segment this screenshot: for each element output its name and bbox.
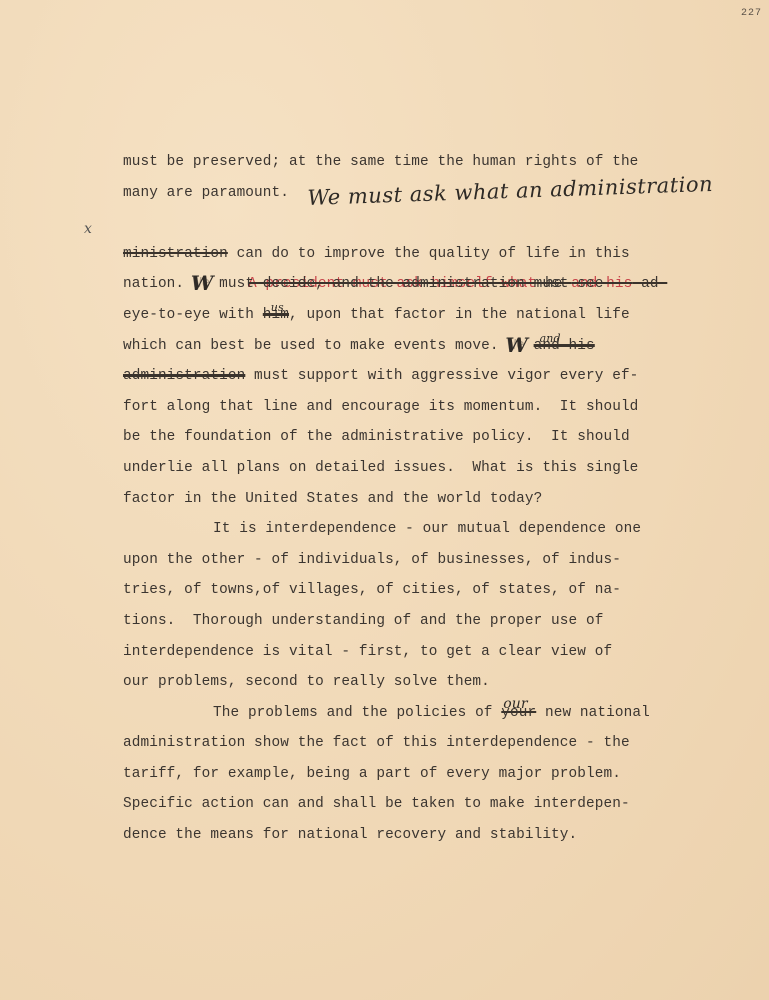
text-line-edited: administration must support with aggress…: [123, 361, 683, 392]
margin-x-mark: x: [84, 221, 92, 237]
text-line: factor in the United States and the worl…: [123, 484, 683, 515]
text-line: dence the means for national recovery an…: [123, 820, 683, 851]
text-span: new national: [536, 705, 650, 721]
text-span: nation.: [123, 276, 193, 292]
text-line: interdependence is vital - first, to get…: [123, 637, 683, 668]
text-line: be the foundation of the administrative …: [123, 422, 683, 453]
text-line: tries, of towns,of villages, of cities, …: [123, 575, 683, 606]
overwritten-text: We: [507, 338, 524, 354]
struck-text: administration: [123, 368, 245, 384]
text-line: tariff, for example, being a part of eve…: [123, 759, 683, 790]
text-line: underlie all plans on detailed issues. W…: [123, 453, 683, 484]
text-line-edited: We must ask what an administration A pre…: [123, 208, 683, 239]
text-line: Specific action can and shall be taken t…: [123, 789, 683, 820]
text-line-edited: The problems and the policies of ouryour…: [123, 698, 683, 729]
page-number: 227: [741, 8, 762, 19]
text-span: can do to improve the quality of life in…: [228, 246, 630, 262]
text-line: It is interdependence - our mutual depen…: [123, 514, 683, 545]
typed-body: must be preserved; at the same time the …: [123, 147, 683, 851]
text-span: , upon that factor in the national life: [289, 307, 630, 323]
handwritten-insertion: us: [271, 293, 284, 324]
text-span: must decide, and the administration must…: [210, 276, 603, 292]
handwritten-insertion: our: [503, 689, 527, 720]
text-line: tions. Thorough understanding of and the…: [123, 606, 683, 637]
text-line-edited: eye-to-eye with ushim, upon that factor …: [123, 300, 683, 331]
text-span: eye-to-eye with: [123, 307, 263, 323]
text-span: The problems and the policies of: [213, 705, 501, 721]
text-line: administration show the fact of this int…: [123, 728, 683, 759]
text-line-edited: nation. WWe must decide, and the adminis…: [123, 269, 683, 300]
text-line-edited: ministration can do to improve the quali…: [123, 239, 683, 270]
struck-text: ministration: [123, 246, 228, 262]
text-span: which can best be used to make events mo…: [123, 338, 507, 354]
text-line: our problems, second to really solve the…: [123, 667, 683, 698]
text-line: upon the other - of individuals, of busi…: [123, 545, 683, 576]
text-line-edited: which can best be used to make events mo…: [123, 331, 683, 362]
overwritten-text: We: [193, 276, 210, 292]
text-line: fort along that line and encourage its m…: [123, 392, 683, 423]
handwritten-insertion: and: [540, 324, 561, 355]
text-span: must support with aggressive vigor every…: [245, 368, 638, 384]
